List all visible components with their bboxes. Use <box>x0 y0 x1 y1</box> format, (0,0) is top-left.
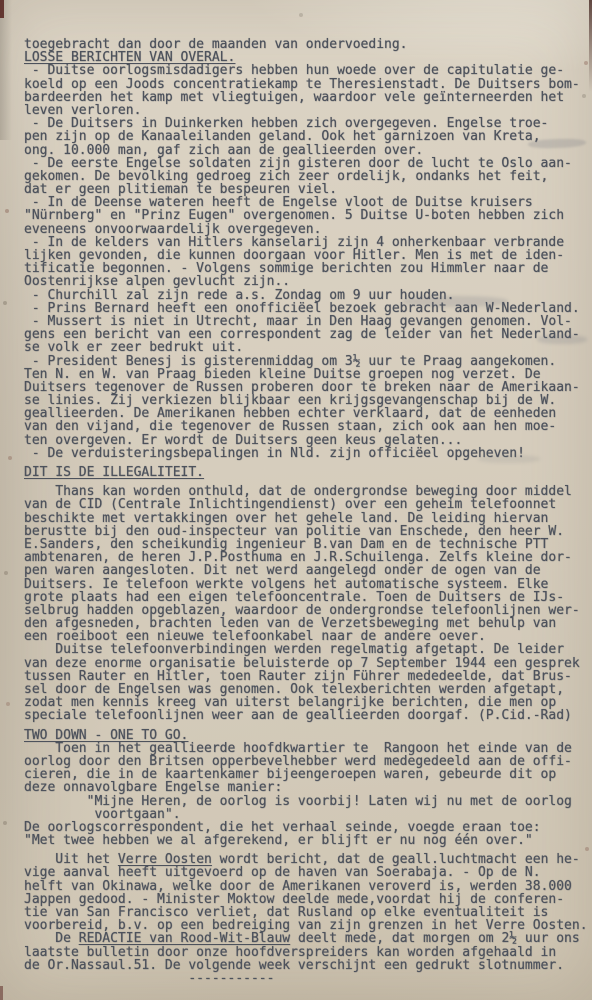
section-heading: DIT IS DE ILLEGALITEIT. <box>24 466 590 479</box>
edge-mark <box>0 986 3 1000</box>
text-line: "Met twee hebben we al afgerekend, er bl… <box>24 834 590 847</box>
text-run: "Met twee hebben we al afgerekend, er bl… <box>24 833 533 848</box>
paper-stain <box>537 335 587 344</box>
text-run: - De verduisteringsbepalingen in Nld. zi… <box>24 446 525 461</box>
paper-specks <box>0 0 2 2</box>
text-run: speciale telefoonlijnen weer aan de geal… <box>24 708 572 723</box>
edge-mark <box>0 0 4 18</box>
document-page: toegebracht dan door de maanden van onde… <box>0 0 592 1000</box>
paper-edge-shadow <box>0 0 12 140</box>
text-line: speciale telefoonlijnen weer aan de geal… <box>24 709 590 722</box>
text-run: ----------- <box>24 971 274 986</box>
text-line: ----------- <box>24 972 590 985</box>
document-text: toegebracht dan door de maanden van onde… <box>24 38 590 985</box>
paper-stain <box>402 296 508 307</box>
text-run: DIT IS DE ILLEGALITEIT. <box>24 465 204 480</box>
paper-stain <box>478 455 540 463</box>
